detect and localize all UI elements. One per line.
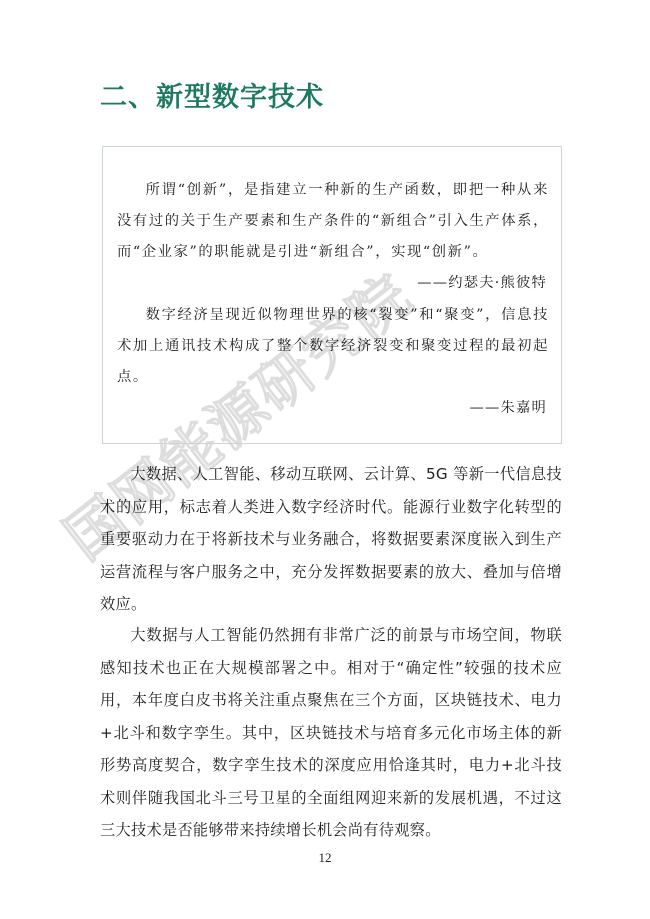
- quote-attribution: ——朱嘉明: [470, 393, 547, 424]
- page-number: 12: [0, 850, 650, 866]
- quote-text: 数字经济呈现近似物理世界的核“裂变”和“聚变”，信息技术加上通讯技术构成了整个数…: [117, 300, 549, 393]
- body-paragraph: 大数据与人工智能仍然拥有非常广泛的前景与市场空间，物联感知技术也正在大规模部署之…: [100, 619, 562, 847]
- quote-text: 所谓“创新”，是指建立一种新的生产函数，即把一种从来没有过的关于生产要素和生产条…: [117, 175, 549, 268]
- quote-box: 所谓“创新”，是指建立一种新的生产函数，即把一种从来没有过的关于生产要素和生产条…: [102, 146, 562, 444]
- section-title: 二、新型数字技术: [100, 78, 324, 118]
- body-paragraph: 大数据、人工智能、移动互联网、云计算、5G 等新一代信息技术的应用，标志着人类进…: [100, 458, 562, 621]
- quote-attribution: ——约瑟夫·熊彼特: [417, 268, 547, 299]
